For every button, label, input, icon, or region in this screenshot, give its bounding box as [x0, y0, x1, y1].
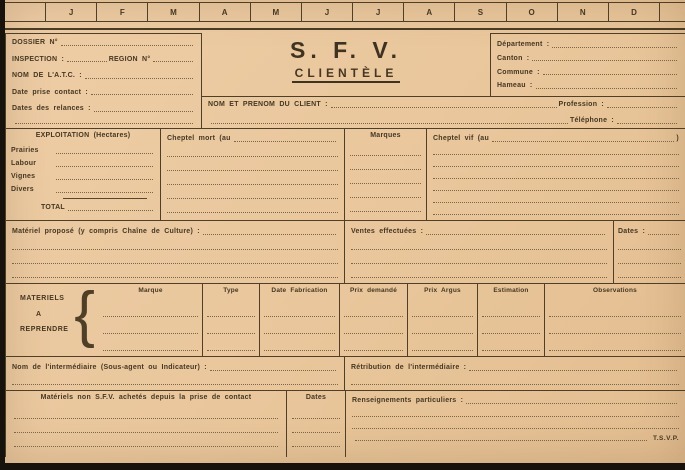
- prix-argus-header: Prix Argus: [412, 287, 473, 300]
- retribution-field-line: [469, 369, 677, 371]
- type-header: Type: [207, 287, 255, 300]
- prairies-label: Prairies: [11, 147, 53, 155]
- cheptel-mort-column: Cheptel mort (au: [161, 129, 345, 220]
- cheptel-mort-line: [167, 199, 338, 213]
- intermediaire-nom-row: Nom de l'intermédiaire (Sous-agent ou In…: [12, 361, 338, 372]
- commune-row: Commune :: [497, 69, 679, 77]
- type-line: [207, 317, 255, 334]
- type-column: Type: [202, 284, 259, 356]
- cheptel-vif-line: [433, 167, 679, 179]
- non-sfv-line: [14, 433, 278, 447]
- ventes-line: [351, 250, 607, 264]
- ventes-line: [351, 264, 607, 278]
- month-cell: N: [557, 3, 608, 21]
- form-card: J F M A M J J A S O N D DOSSIER N° INSPE…: [5, 0, 685, 463]
- cheptel-mort-line: [167, 143, 338, 157]
- prix-argus-line: [412, 334, 473, 351]
- relances-label: Dates des relances :: [12, 105, 91, 113]
- labour-label: Labour: [11, 160, 53, 168]
- labour-row: Labour: [11, 155, 155, 168]
- cheptel-vif-label: Cheptel vif (au: [433, 135, 489, 143]
- prairies-field-line: [56, 152, 153, 154]
- estimation-column: Estimation: [477, 284, 544, 356]
- observations-header: Observations: [549, 287, 681, 300]
- materiel-propose-box: Matériel proposé (y compris Chaîne de Cu…: [6, 221, 345, 283]
- inspection-row: INSPECTION : REGION N°: [12, 56, 195, 64]
- departement-row: Département :: [497, 41, 679, 49]
- marque-line: [103, 317, 198, 334]
- commune-label: Commune :: [497, 69, 540, 77]
- marque-line: [103, 300, 198, 317]
- ventes-label: Ventes effectuées :: [351, 228, 423, 236]
- vignes-row: Vignes: [11, 168, 155, 181]
- marque-line: [103, 334, 198, 351]
- date-fabrication-column: Date Fabrication: [259, 284, 339, 356]
- divers-field-line: [56, 191, 153, 193]
- renseignements-line: [352, 405, 679, 417]
- atc-row: NOM DE L'A.T.C. :: [12, 72, 195, 80]
- ventes-dates-line: [618, 250, 681, 264]
- materiel-propose-field-line: [203, 233, 336, 235]
- renseignements-row: Renseignements particuliers :: [352, 394, 679, 405]
- materiel-propose-line: [12, 264, 338, 278]
- client-name-extra-line: [211, 122, 568, 124]
- marques-line: [350, 184, 421, 198]
- canton-label: Canton :: [497, 55, 529, 63]
- form-title: S. F. V.: [202, 37, 490, 64]
- telephone-field-line: [617, 122, 677, 124]
- commune-field-line: [543, 73, 677, 75]
- brace-glyph: {: [74, 278, 95, 351]
- ventes-dates-line: [618, 236, 681, 250]
- materiel-section: Matériel proposé (y compris Chaîne de Cu…: [5, 220, 685, 283]
- renseignements-line: [352, 417, 679, 429]
- retribution-line: [351, 372, 679, 385]
- client-name-label: NOM ET PRENOM DU CLIENT :: [208, 101, 328, 109]
- months-ruler: J F M A M J J A S O N D: [5, 2, 685, 22]
- estimation-line: [482, 300, 540, 317]
- exploitation-section: EXPLOITATION (Hectares) Prairies Labour …: [5, 128, 685, 220]
- cheptel-mort-label: Cheptel mort (au: [167, 135, 231, 143]
- materiel-propose-line: [12, 236, 338, 250]
- hameau-label: Hameau :: [497, 82, 533, 90]
- non-sfv-dates-header: Dates: [292, 394, 340, 402]
- ventes-dates-row: Dates :: [618, 225, 681, 236]
- renseignements-last-row: T.S.V.P.: [352, 429, 679, 442]
- ventes-line: [351, 236, 607, 250]
- renseignements-column: Renseignements particuliers : T.S.V.P.: [346, 391, 685, 457]
- cheptel-vif-line: [433, 155, 679, 167]
- observations-column: Observations: [544, 284, 685, 356]
- relances-row: Dates des relances :: [12, 105, 195, 113]
- hameau-field-line: [536, 87, 677, 89]
- client-box: NOM ET PRENOM DU CLIENT : Profession : T…: [202, 96, 685, 128]
- relances-field-line: [94, 110, 193, 112]
- prix-demande-line: [344, 300, 403, 317]
- month-cell: J: [301, 3, 352, 21]
- month-cell: D: [608, 3, 659, 21]
- exploitation-column: EXPLOITATION (Hectares) Prairies Labour …: [6, 129, 161, 220]
- ventes-dates-field-line: [648, 233, 679, 235]
- cheptel-mort-header: Cheptel mort (au: [167, 132, 338, 143]
- prix-demande-line: [344, 334, 403, 351]
- type-line: [207, 334, 255, 351]
- telephone-label: Téléphone :: [570, 117, 614, 125]
- divers-row: Divers: [11, 181, 155, 194]
- non-sfv-dates-line: [292, 433, 340, 447]
- date-contact-label: Date prise contact :: [12, 89, 88, 97]
- prairies-row: Prairies: [11, 142, 155, 155]
- non-sfv-dates-column: Dates: [287, 391, 346, 457]
- exploitation-title: EXPLOITATION (Hectares): [11, 132, 155, 140]
- estimation-line: [482, 334, 540, 351]
- cheptel-mort-line: [167, 185, 338, 199]
- canton-field-line: [532, 59, 677, 61]
- form-subtitle: CLIENTÈLE: [292, 66, 401, 83]
- month-cell: J: [45, 3, 96, 21]
- date-fabrication-line: [264, 300, 335, 317]
- non-sfv-dates-line: [292, 405, 340, 419]
- non-sfv-header: Matériels non S.F.V. achetés depuis la p…: [14, 394, 278, 402]
- total-row: TOTAL: [11, 199, 155, 212]
- observations-line: [549, 334, 681, 351]
- tsvp-label: T.S.V.P.: [653, 435, 679, 442]
- dossier-row: DOSSIER N°: [12, 39, 195, 47]
- non-sfv-line: [14, 405, 278, 419]
- marques-column: Marques: [345, 129, 427, 220]
- cheptel-vif-close-paren: ): [676, 135, 679, 143]
- month-cell: O: [506, 3, 557, 21]
- relances-extra-line: [15, 122, 193, 124]
- month-cell: A: [199, 3, 250, 21]
- date-fabrication-line: [264, 334, 335, 351]
- month-cell: S: [454, 3, 505, 21]
- estimation-header: Estimation: [482, 287, 540, 300]
- cheptel-mort-date-line: [234, 140, 336, 142]
- prix-argus-line: [412, 300, 473, 317]
- ventes-dates-line: [618, 264, 681, 278]
- cheptel-vif-line: [433, 179, 679, 191]
- ventes-field-line: [426, 233, 605, 235]
- retribution-label: Rétribution de l'intermédiaire :: [351, 364, 466, 372]
- departement-field-line: [552, 46, 677, 48]
- estimation-line: [482, 317, 540, 334]
- materiel-propose-label: Matériel proposé (y compris Chaîne de Cu…: [12, 228, 200, 236]
- reprendre-title-block: MATERIELS A REPRENDRE {: [6, 284, 99, 356]
- atc-label: NOM DE L'A.T.C. :: [12, 72, 82, 80]
- cheptel-vif-line: [433, 203, 679, 215]
- ventes-box: Ventes effectuées :: [345, 221, 613, 283]
- marque-header: Marque: [103, 287, 198, 300]
- date-contact-row: Date prise contact :: [12, 89, 195, 97]
- divers-label: Divers: [11, 186, 53, 194]
- vignes-label: Vignes: [11, 173, 53, 181]
- labour-field-line: [56, 165, 153, 167]
- month-cell: A: [403, 3, 454, 21]
- type-line: [207, 300, 255, 317]
- intermediaire-nom-field-line: [210, 369, 336, 371]
- ventes-row: Ventes effectuées :: [351, 225, 607, 236]
- cheptel-vif-column: Cheptel vif (au): [427, 129, 685, 220]
- ventes-dates-column: Dates :: [613, 221, 685, 283]
- marques-label: Marques: [350, 132, 421, 140]
- marques-line: [350, 170, 421, 184]
- months-ruler-empty-cell: [659, 3, 685, 21]
- non-sfv-line: [14, 419, 278, 433]
- observations-line: [549, 300, 681, 317]
- date-fabrication-header: Date Fabrication: [264, 287, 335, 300]
- cheptel-vif-date-line: [492, 140, 674, 142]
- retribution-row: Rétribution de l'intermédiaire :: [351, 361, 679, 372]
- cheptel-vif-line: [433, 191, 679, 203]
- renseignements-label: Renseignements particuliers :: [352, 397, 463, 405]
- cheptel-vif-line: [433, 143, 679, 155]
- dossier-label: DOSSIER N°: [12, 39, 58, 47]
- prix-demande-line: [344, 317, 403, 334]
- cheptel-vif-header: Cheptel vif (au): [433, 132, 679, 143]
- relances-extra-row: [12, 122, 195, 125]
- departement-label: Département :: [497, 41, 549, 49]
- profession-field-line: [607, 106, 677, 108]
- non-sfv-dates-line: [292, 419, 340, 433]
- form-title-block: S. F. V. CLIENTÈLE: [202, 37, 490, 96]
- dossier-box: DOSSIER N° INSPECTION : REGION N° NOM DE…: [5, 33, 202, 128]
- month-cell: M: [147, 3, 198, 21]
- region-field-line: [153, 60, 193, 62]
- intermediaire-nom-box: Nom de l'intermédiaire (Sous-agent ou In…: [6, 357, 345, 390]
- month-cell: J: [352, 3, 403, 21]
- month-cell: F: [96, 3, 147, 21]
- observations-line: [549, 317, 681, 334]
- region-label: REGION N°: [109, 56, 151, 64]
- hameau-row: Hameau :: [497, 82, 679, 90]
- cheptel-mort-line: [167, 157, 338, 171]
- materiel-propose-row: Matériel proposé (y compris Chaîne de Cu…: [12, 225, 338, 236]
- prix-demande-column: Prix demandé: [339, 284, 407, 356]
- dossier-field-line: [61, 44, 193, 46]
- renseignements-field-line: [466, 402, 677, 404]
- total-field-line: [68, 209, 153, 211]
- date-contact-field-line: [91, 93, 193, 95]
- prix-demande-header: Prix demandé: [344, 287, 403, 300]
- ventes-dates-label: Dates :: [618, 228, 645, 236]
- reprendre-section: MATERIELS A REPRENDRE { Marque Type Date…: [5, 283, 685, 356]
- months-ruler-empty-cell: [5, 3, 45, 21]
- marque-column: Marque: [99, 284, 202, 356]
- marques-line: [350, 156, 421, 170]
- month-cell: M: [250, 3, 301, 21]
- bottom-section: Matériels non S.F.V. achetés depuis la p…: [5, 390, 685, 457]
- inspection-label: INSPECTION :: [12, 56, 64, 64]
- cheptel-mort-line: [167, 171, 338, 185]
- marques-line: [350, 198, 421, 212]
- location-box: Département : Canton : Commune : Hameau …: [490, 33, 685, 96]
- prix-argus-line: [412, 317, 473, 334]
- date-fabrication-line: [264, 317, 335, 334]
- marques-line: [350, 142, 421, 156]
- vignes-field-line: [56, 178, 153, 180]
- total-label: TOTAL: [41, 204, 65, 212]
- canton-row: Canton :: [497, 55, 679, 63]
- retribution-box: Rétribution de l'intermédiaire :: [345, 357, 685, 390]
- atc-field-line: [85, 77, 193, 79]
- materiel-propose-line: [12, 250, 338, 264]
- non-sfv-column: Matériels non S.F.V. achetés depuis la p…: [6, 391, 287, 457]
- renseignements-last-line: [355, 439, 647, 441]
- client-phone-row: Téléphone :: [208, 117, 679, 125]
- client-name-field-line: [331, 106, 557, 108]
- prix-argus-column: Prix Argus: [407, 284, 477, 356]
- client-name-row: NOM ET PRENOM DU CLIENT : Profession :: [208, 101, 679, 109]
- horizontal-rule: [5, 28, 685, 30]
- inspection-field-line: [67, 60, 107, 62]
- profession-label: Profession :: [559, 101, 604, 109]
- intermediaire-nom-line: [12, 372, 338, 385]
- intermediaire-section: Nom de l'intermédiaire (Sous-agent ou In…: [5, 356, 685, 390]
- intermediaire-nom-label: Nom de l'intermédiaire (Sous-agent ou In…: [12, 364, 207, 372]
